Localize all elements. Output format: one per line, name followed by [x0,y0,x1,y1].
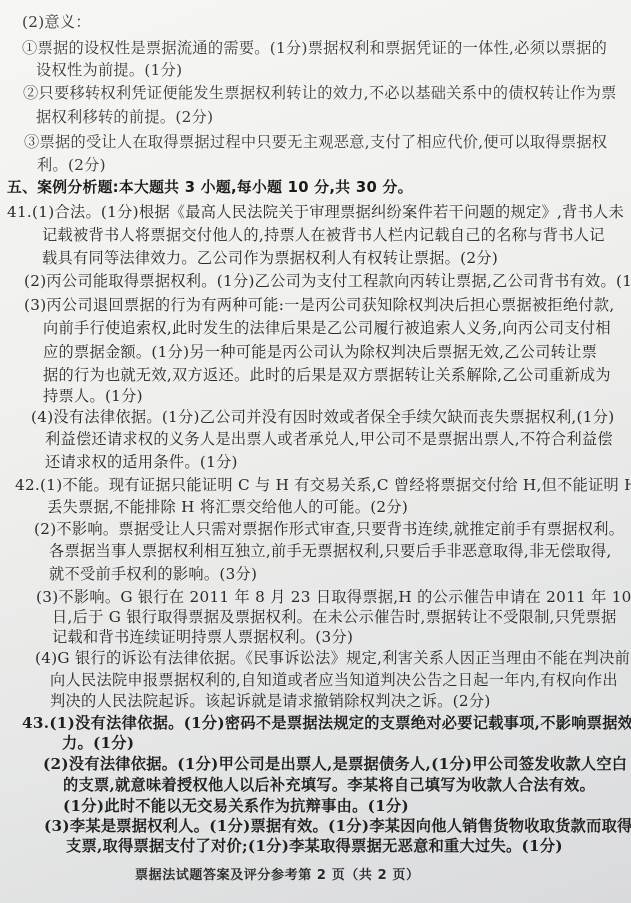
q42-part2-line-3: 就不受前手权利的影响。(3分) [49,565,257,583]
item-3-line-2: 利。(2分) [37,156,106,174]
q41-part1-line-1: 41.(1)合法。(1分)根据《最高人民法院关于审理票据纠纷案件若干问题的规定》… [7,203,624,221]
q41-part1-line-3: 载具有同等法律效力。乙公司作为票据权利人有权转让票据。(2分) [42,249,498,267]
item-1-line-2: 设权性为前提。(1分) [36,61,182,79]
q41-part3-line-3: 应的票据金额。(1分)另一种可能是丙公司认为除权判决后票据无效,乙公司转让票 [43,343,597,361]
q43-part2-line-3: (1分)此时不能以无交易关系作为抗辩事由。(1分) [63,797,409,815]
q42-part2-line-1: (2)不影响。票据受让人只需对票据作形式审查,只要背书连续,就推定前手有票据权利… [34,520,624,538]
item-1-line-1: ①票据的设权性是票据流通的需要。(1分)票据权利和票据凭证的一体性,必须以票据的 [22,39,607,57]
q42-part1-line-2: 丢失票据,不能排除 H 将汇票交给他人的可能。(2分) [47,498,408,516]
q43-part1-line-1: 43.(1)没有法律依据。(1分)密码不是票据法规定的支票绝对必要记载事项,不影… [22,714,631,732]
q42-part3-line-3: 记载和背书连续证明持票人票据权利。(3分) [52,628,353,646]
exam-answer-page: (2)意义： ①票据的设权性是票据流通的需要。(1分)票据权利和票据凭证的一体性… [0,0,631,903]
q42-part3-line-1: (3)不影响。G 银行在 2011 年 8 月 23 日取得票据,H 的公示催告… [36,588,631,606]
q43-part2-line-2: 的支票,就意味着授权他人以后补充填写。李某将自己填写为收款人合法有效。 [63,776,595,794]
q42-part1-line-1: 42.(1)不能。现有证据只能证明 C 与 H 有交易关系,C 曾经将票据交付给… [15,476,631,494]
q41-part4-line-3: 还请求权的适用条件。(1分) [45,453,238,471]
q43-part3-line-2: 支票,取得票据支付了对价;(1分)李某取得票据无恶意和重大过失。(1分) [66,837,563,855]
item-2-line-2: 据权利移转的前提。(2分) [36,108,213,126]
q42-part4-line-2: 向人民法院申报票据权利的,自知道或者应当知道判决公告之日起一年内,有权向作出 [50,671,618,689]
q42-part3-line-2: 日,后于 G 银行取得票据及票据权利。在未公示催告时,票据转让不受限制,只凭票据 [52,608,617,626]
section-five-heading: 五、案例分析题:本大题共 3 小题,每小题 10 分,共 30 分。 [7,179,413,197]
item-3-line-1: ③票据的受让人在取得票据过程中只要无主观恶意,支付了相应代价,便可以取得票据权 [24,133,607,151]
page-footer: 票据法试题答案及评分参考第 2 页（共 2 页） [135,867,420,885]
q43-part3-line-1: (3)李某是票据权利人。(1分)票据有效。(1分)李某因向他人销售货物收取货款而… [44,817,631,835]
q42-part4-line-1: (4)G 银行的诉讼有法律依据。《民事诉讼法》规定,利害关系人因正当理由不能在判… [35,649,630,667]
item-2-line-1: ②只要移转权利凭证便能发生票据权利转让的效力,不必以基础关系中的债权转让作为票 [23,84,617,102]
q43-part2-line-1: (2)没有法律依据。(1分)甲公司是出票人,是票据债务人,(1分)甲公司签发收款… [43,755,627,773]
q41-part1-line-2: 记载被背书人将票据交付他人的,持票人在被背书人栏内记载自己的名称与背书人记 [42,226,605,244]
q41-part4-line-2: 利益偿还请求权的义务人是出票人或者承兑人,甲公司不是票据出票人,不符合利益偿 [45,430,613,448]
q42-part2-line-2: 各票据当事人票据权利相互独立,前手无票据权利,只要后手非恶意取得,非无偿取得, [49,542,612,560]
part2-heading: (2)意义： [22,13,91,31]
q43-part1-line-2: 力。(1分) [62,734,134,752]
q41-part3-line-4: 据的行为也就无效,双方返还。此时的后果是双方票据转让关系解除,乙公司重新成为 [43,366,611,384]
q41-part3-line-5: 持票人。(1分) [43,387,143,405]
q41-part2-line-1: (2)丙公司能取得票据权利。(1分)乙公司为支付工程款向丙转让票据,乙公司背书有… [24,272,631,290]
q41-part3-line-1: (3)丙公司退回票据的行为有两种可能:一是丙公司获知除权判决后担心票据被拒绝付款… [24,296,615,314]
q42-part4-line-3: 判决的人民法院起诉。该起诉就是请求撤销除权判决之诉。(2分) [50,692,491,710]
q41-part3-line-2: 向前手行使追索权,此时发生的法律后果是乙公司履行被追索人义务,向丙公司支付相 [43,319,611,337]
q41-part4-line-1: (4)没有法律依据。(1分)乙公司并没有因时效或者保全手续欠缺而丧失票据权利,(… [31,408,614,426]
